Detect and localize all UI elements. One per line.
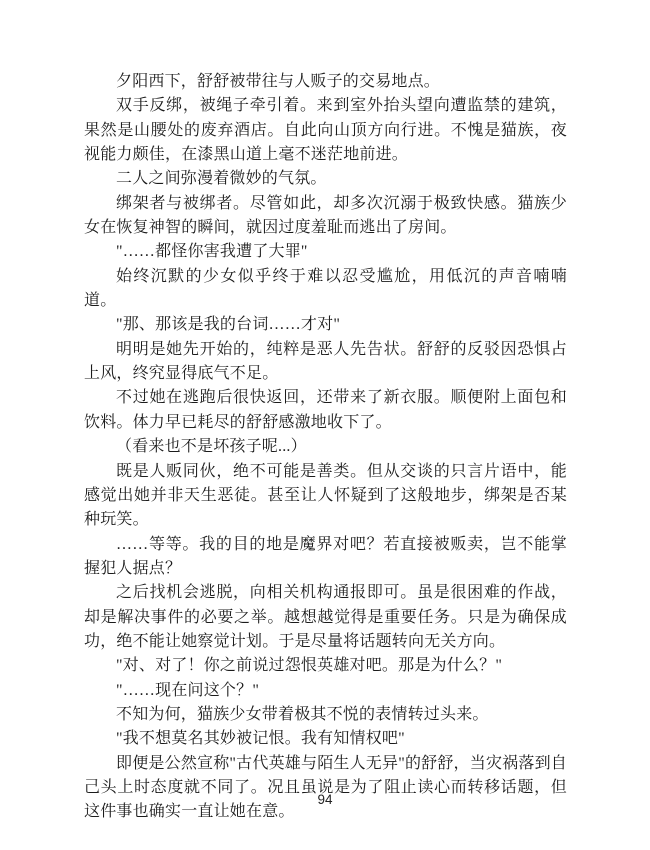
document-page: 夕阳西下，舒舒被带往与人贩子的交易地点。双手反绑，被绳子牵引着。来到室外抬头望向… — [0, 0, 650, 850]
paragraph: 二人之间弥漫着微妙的气氛。 — [84, 167, 567, 191]
paragraph: ……等等。我的目的地是魔界对吧？若直接被贩卖，岂不能掌握犯人据点？ — [84, 533, 567, 582]
paragraph: 夕阳西下，舒舒被带往与人贩子的交易地点。 — [84, 70, 567, 94]
paragraph: 之后找机会逃脱，向相关机构通报即可。虽是很困难的作战，却是解决事件的必要之举。越… — [84, 581, 567, 654]
paragraph: 既是人贩同伙，绝不可能是善类。但从交谈的只言片语中，能感觉出她并非天生恶徒。甚至… — [84, 460, 567, 533]
paragraph: "……现在问这个？" — [84, 679, 567, 703]
page-text: 夕阳西下，舒舒被带往与人贩子的交易地点。双手反绑，被绳子牵引着。来到室外抬头望向… — [84, 70, 567, 825]
paragraph: 即便是公然宣称"古代英雄与陌生人无异"的舒舒，当灾祸落到自己头上时态度就不同了。… — [84, 752, 567, 825]
paragraph: "我不想莫名其妙被记恨。我有知情权吧" — [84, 727, 567, 751]
paragraph: 双手反绑，被绳子牵引着。来到室外抬头望向遭监禁的建筑，果然是山腰处的废弃酒店。自… — [84, 94, 567, 167]
paragraph: 明明是她先开始的，纯粹是恶人先告状。舒舒的反驳因恐惧占上风，终究显得底气不足。 — [84, 338, 567, 387]
paragraph: （看来也不是坏孩子呢...） — [84, 435, 567, 459]
page-number: 94 — [317, 792, 332, 807]
paragraph: 始终沉默的少女似乎终于难以忍受尴尬，用低沉的声音喃喃道。 — [84, 265, 567, 314]
paragraph: "那、那该是我的台词……才对" — [84, 313, 567, 337]
paragraph: 不知为何，猫族少女带着极其不悦的表情转过头来。 — [84, 703, 567, 727]
page-footer: 94 — [0, 791, 650, 809]
paragraph: "对、对了！你之前说过怨恨英雄对吧。那是为什么？" — [84, 654, 567, 678]
paragraph: 绑架者与被绑者。尽管如此，却多次沉溺于极致快感。猫族少女在恢复神智的瞬间，就因过… — [84, 192, 567, 241]
paragraph: 不过她在逃跑后很快返回，还带来了新衣服。顺便附上面包和饮料。体力早已耗尽的舒舒感… — [84, 386, 567, 435]
paragraph: "……都怪你害我遭了大罪" — [84, 240, 567, 264]
